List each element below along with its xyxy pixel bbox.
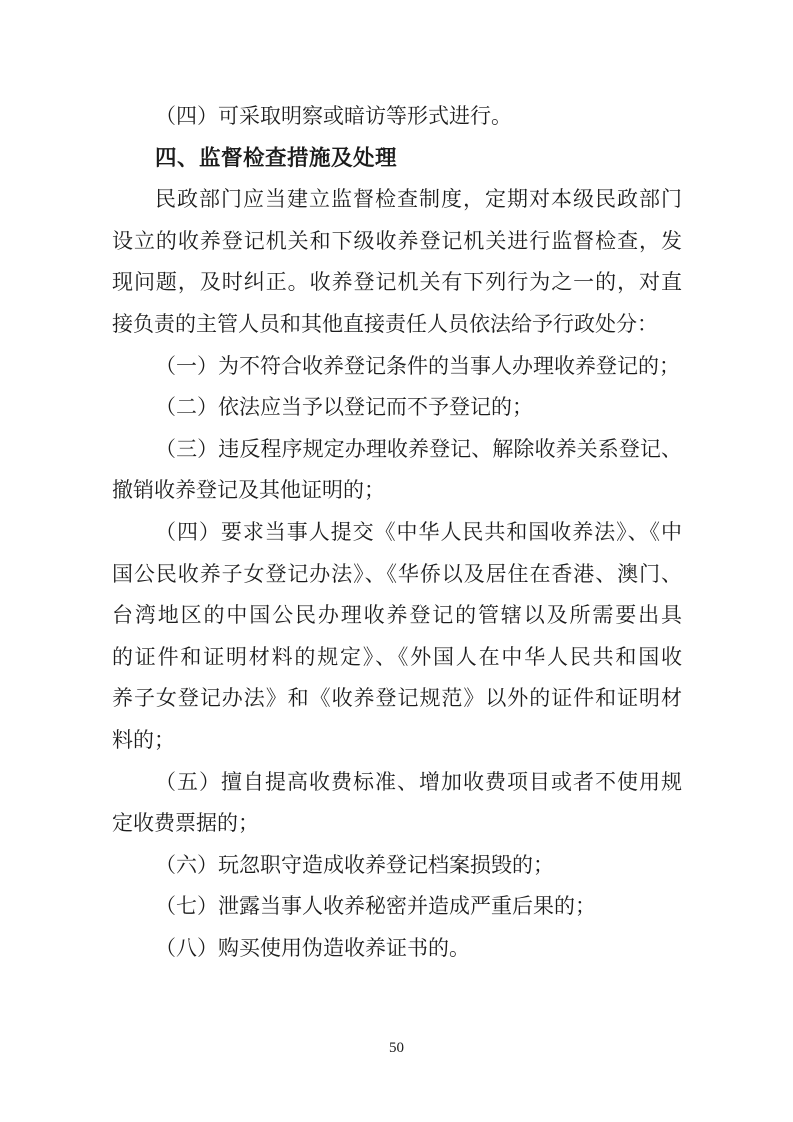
paragraph-item-3: （三）违反程序规定办理收养登记、解除收养关系登记、撤销收养登记及其他证明的；	[112, 429, 682, 512]
paragraph-item-6: （六）玩忽职守造成收养登记档案损毁的；	[112, 845, 682, 887]
text-line: （六）玩忽职守造成收养登记档案损毁的；	[112, 845, 682, 887]
page-number: 50	[0, 1038, 793, 1058]
paragraph-item-7: （七）泄露当事人收养秘密并造成严重后果的；	[112, 886, 682, 928]
text-line: 撤销收养登记及其他证明的；	[112, 470, 682, 512]
text-line: 接负责的主管人员和其他直接责任人员依法给予行政处分：	[112, 304, 682, 346]
paragraph-item-8: （八）购买使用伪造收养证书的。	[112, 928, 682, 970]
text-line: （四）要求当事人提交《中华人民共和国收养法》、《中	[112, 512, 682, 554]
text-line: 民政部门应当建立监督检查制度，定期对本级民政部门	[112, 179, 682, 221]
paragraph-item-5: （五）擅自提高收费标准、增加收费项目或者不使用规定收费票据的；	[112, 762, 682, 845]
document-page: （四）可采取明察或暗访等形式进行。四、监督检查措施及处理民政部门应当建立监督检查…	[0, 0, 793, 1122]
text-line: （七）泄露当事人收养秘密并造成严重后果的；	[112, 886, 682, 928]
paragraph-item-1: （一）为不符合收养登记条件的当事人办理收养登记的；	[112, 346, 682, 388]
text-line: （三）违反程序规定办理收养登记、解除收养关系登记、	[112, 429, 682, 471]
paragraph-item-2: （二）依法应当予以登记而不予登记的；	[112, 387, 682, 429]
text-line: 的证件和证明材料的规定》、《外国人在中华人民共和国收	[112, 637, 682, 679]
paragraph-section-heading: 四、监督检查措施及处理	[112, 138, 682, 180]
text-line: （一）为不符合收养登记条件的当事人办理收养登记的；	[112, 346, 682, 388]
text-line: 料的；	[112, 720, 682, 762]
text-line: 养子女登记办法》和《收养登记规范》以外的证件和证明材	[112, 678, 682, 720]
text-line: 现问题，及时纠正。收养登记机关有下列行为之一的，对直	[112, 262, 682, 304]
paragraph-prior-item-4: （四）可采取明察或暗访等形式进行。	[112, 96, 682, 138]
paragraph-intro: 民政部门应当建立监督检查制度，定期对本级民政部门设立的收养登记机关和下级收养登记…	[112, 179, 682, 345]
text-line: （二）依法应当予以登记而不予登记的；	[112, 387, 682, 429]
text-line: 定收费票据的；	[112, 803, 682, 845]
text-line: （五）擅自提高收费标准、增加收费项目或者不使用规	[112, 762, 682, 804]
paragraph-item-4: （四）要求当事人提交《中华人民共和国收养法》、《中国公民收养子女登记办法》、《华…	[112, 512, 682, 762]
document-body: （四）可采取明察或暗访等形式进行。四、监督检查措施及处理民政部门应当建立监督检查…	[112, 96, 682, 969]
text-line: 四、监督检查措施及处理	[112, 138, 682, 180]
text-line: （四）可采取明察或暗访等形式进行。	[112, 96, 682, 138]
text-line: （八）购买使用伪造收养证书的。	[112, 928, 682, 970]
text-line: 设立的收养登记机关和下级收养登记机关进行监督检查，发	[112, 221, 682, 263]
text-line: 台湾地区的中国公民办理收养登记的管辖以及所需要出具	[112, 595, 682, 637]
text-line: 国公民收养子女登记办法》、《华侨以及居住在香港、澳门、	[112, 554, 682, 596]
